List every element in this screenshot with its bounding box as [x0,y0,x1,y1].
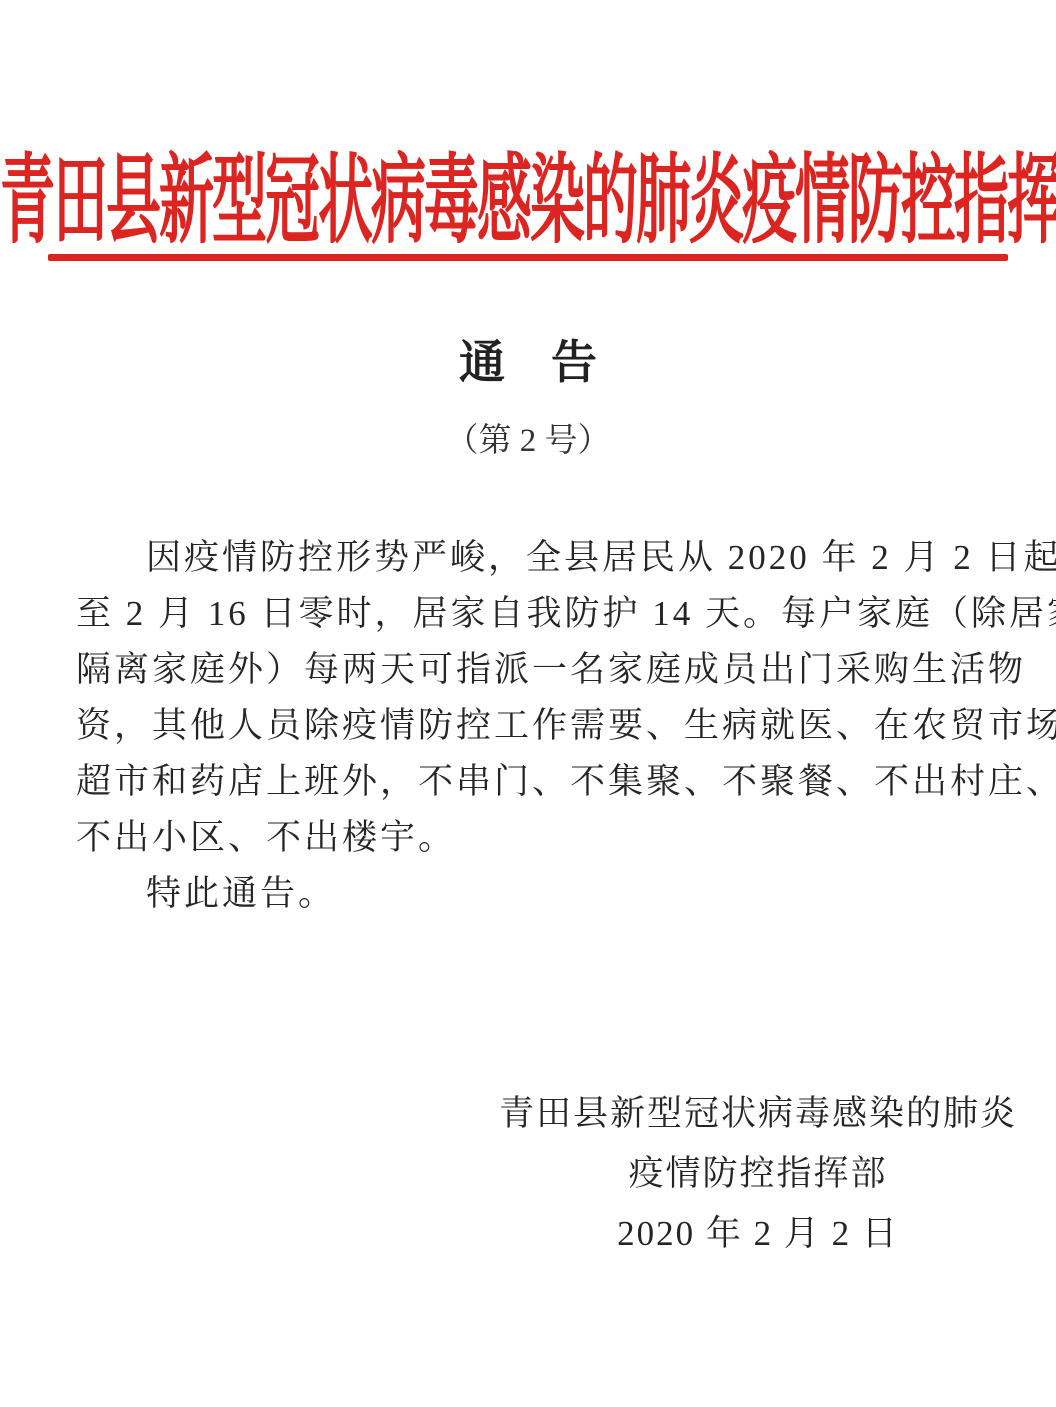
closing-line: 特此通告。 [76,866,990,922]
notice-heading: 通 告 [0,338,1056,389]
notice-number: （第 2 号） [0,414,1056,461]
signature-date: 2020 年 2 月 2 日 [478,1204,1038,1264]
notice-document: 青田县新型冠状病毒感染的肺炎疫情防控指挥部 通 告 （第 2 号） 因疫情防控形… [0,0,1056,1407]
body-line: 至 2 月 16 日零时，居家自我防护 14 天。每户家庭（除居家 [76,586,990,642]
document-masthead-title: 青田县新型冠状病毒感染的肺炎疫情防控指挥部 [0,152,1056,250]
body-line: 不出小区、不出楼宇。 [76,810,990,866]
notice-body: 因疫情防控形势严峻，全县居民从 2020 年 2 月 2 日起 至 2 月 16… [76,530,990,922]
body-line: 资，其他人员除疫情防控工作需要、生病就医、在农贸市场、 [76,698,990,754]
body-line: 因疫情防控形势严峻，全县居民从 2020 年 2 月 2 日起 [76,530,990,586]
body-line: 超市和药店上班外，不串门、不集聚、不聚餐、不出村庄、 [76,754,990,810]
masthead-underline [48,254,1008,261]
signature-org-line-2: 疫情防控指挥部 [478,1144,1038,1204]
body-line: 隔离家庭外）每两天可指派一名家庭成员出门采购生活物 [76,642,990,698]
signature-org-line-1: 青田县新型冠状病毒感染的肺炎 [478,1084,1038,1144]
signature-block: 青田县新型冠状病毒感染的肺炎 疫情防控指挥部 2020 年 2 月 2 日 [478,1084,1038,1264]
